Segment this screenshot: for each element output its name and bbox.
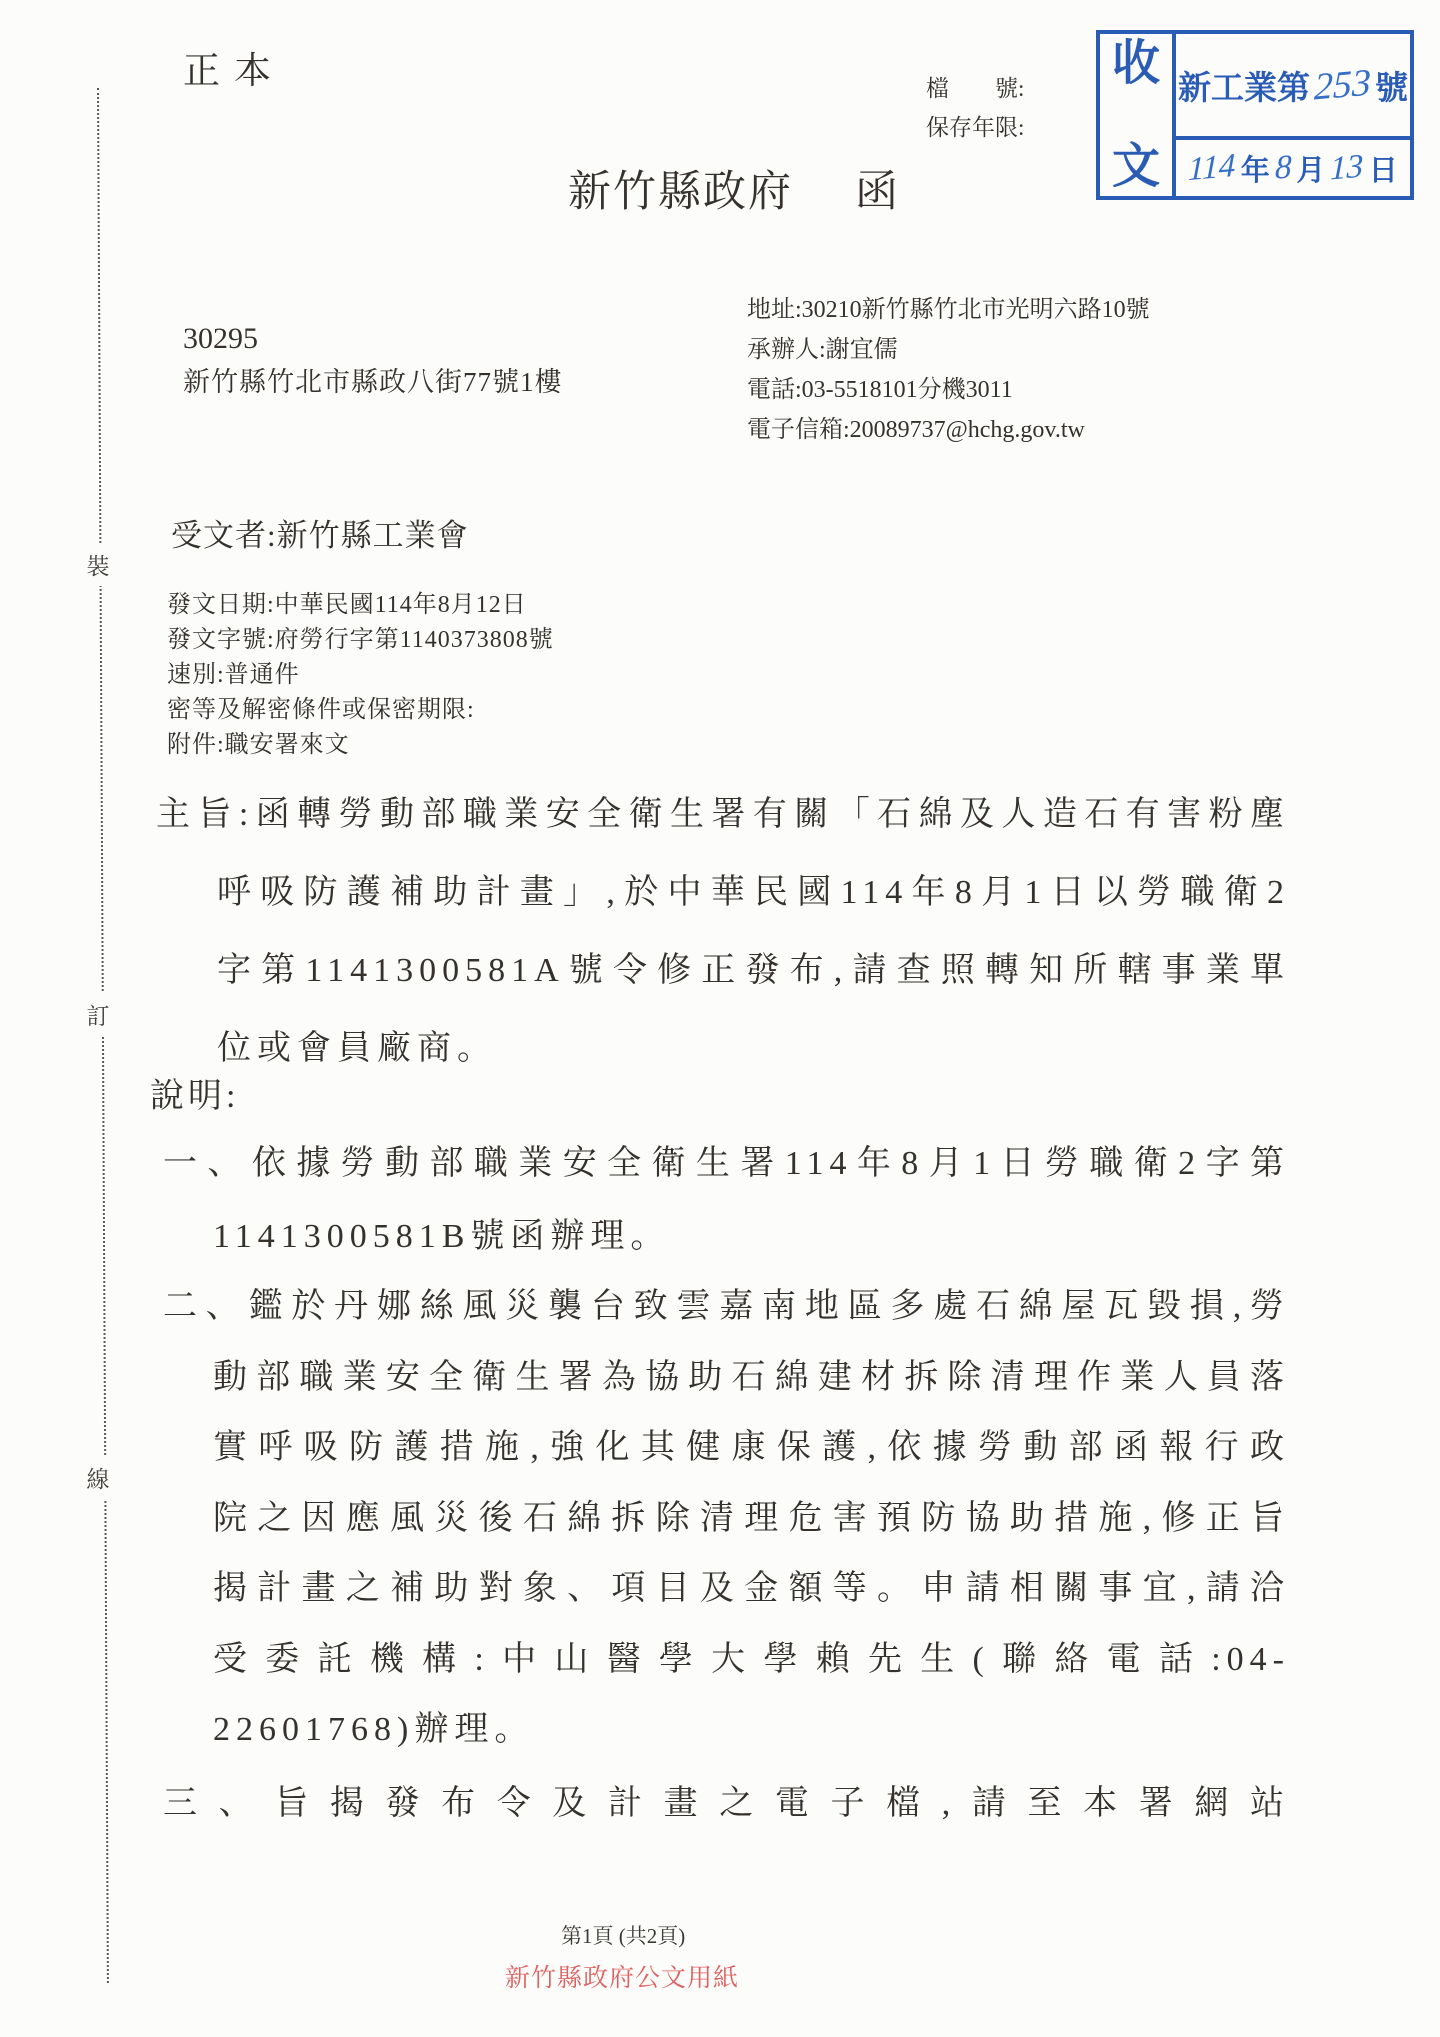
recipient-line: 受文者:新竹縣工業會: [171, 510, 469, 555]
stamp-case-number-handwritten: 253: [1314, 60, 1371, 109]
agency-contact-block: 地址:30210新竹縣竹北市光明六路10號 承辦人:謝宜儒 電話:03-5518…: [747, 290, 1150, 450]
page-number: 第1頁 (共2頁): [561, 1920, 685, 1950]
stamp-case-number-row: 新工業第 253 號: [1176, 34, 1410, 140]
item-line: 二、鑑於丹娜絲風災襲台致雲嘉南地區多處石綿屋瓦毀損,勞: [163, 1272, 1290, 1343]
issue-date: 發文日期:中華民國114年8月12日: [167, 588, 554, 623]
document-title: 新竹縣政府函: [568, 158, 900, 219]
stamp-month-char: 月: [1296, 148, 1325, 189]
item-line: 實呼吸防護措施,強化其健康保護,依據勞動部函報行政: [163, 1413, 1290, 1484]
explanation-item-1: 一、依據勞動部職業安全衛生署114年8月1日勞職衛2字第 1141300581B…: [163, 1127, 1290, 1273]
item-line: 一、依據勞動部職業安全衛生署114年8月1日勞職衛2字第: [163, 1127, 1290, 1200]
item-line: 22601768)辦理。: [163, 1695, 1290, 1766]
recipient-zip: 30295: [183, 322, 258, 356]
explanation-item-3: 三、旨揭發布令及計畫之電子檔,請至本署網站: [163, 1767, 1290, 1840]
file-number-label: 檔 號:: [926, 70, 1024, 103]
document-meta-block: 發文日期:中華民國114年8月12日 發文字號:府勞行字第1140373808號…: [167, 588, 554, 763]
item-line: 院之因應風災後石綿拆除清理危害預防協助措施,修正旨: [163, 1484, 1290, 1555]
contact-phone: 電話:03-5518101分機3011: [747, 370, 1150, 410]
subject-line: 呼吸防護補助計畫」,於中華民國114年8月1日以勞職衛2: [156, 854, 1290, 932]
stamp-case-prefix: 新工業第: [1178, 62, 1310, 109]
security-class: 密等及解密條件或保密期限:: [167, 693, 554, 728]
agency-address: 地址:30210新竹縣竹北市光明六路10號: [747, 290, 1150, 330]
item-line: 動部職業安全衛生署為協助石綿建材拆除清理作業人員落: [163, 1343, 1290, 1414]
stamp-date-row: 114 年 8 月 13 日: [1176, 140, 1410, 196]
retention-label: 保存年限:: [926, 109, 1024, 142]
item-line: 受委託機構:中山醫學大學賴先生(聯絡電話:04-: [163, 1625, 1290, 1696]
item-line: 1141300581B號函辦理。: [163, 1200, 1290, 1273]
item-line: 揭計畫之補助對象、項目及金額等。申請相關事宜,請洽: [163, 1554, 1290, 1625]
item-line: 三、旨揭發布令及計畫之電子檔,請至本署網站: [163, 1767, 1290, 1840]
subject-line: 主旨:函轉勞動部職業安全衛生署有關「石綿及人造石有害粉塵: [156, 776, 1290, 854]
paper-type-label: 新竹縣政府公文用紙: [505, 1958, 739, 1994]
speed-class: 速別:普通件: [167, 658, 554, 693]
explanation-item-2: 二、鑑於丹娜絲風災襲台致雲嘉南地區多處石綿屋瓦毀損,勞 動部職業安全衛生署為協助…: [163, 1272, 1290, 1766]
attachment-note: 附件:職安署來文: [167, 728, 554, 763]
binding-mark-ding: 訂: [84, 993, 112, 1036]
received-stamp: 收 文 新工業第 253 號 114 年 8 月 13 日: [1096, 30, 1414, 200]
document-type: 函: [855, 169, 900, 216]
subject-line: 位或會員廠商。: [156, 1010, 1290, 1088]
stamp-date-year-handwritten: 114: [1188, 147, 1236, 189]
binding-mark-zhuang: 裝: [84, 543, 112, 586]
stamp-date-day-handwritten: 13: [1330, 147, 1364, 188]
copy-type-label: 正本: [183, 40, 285, 94]
binding-mark-xian: 線: [84, 1456, 112, 1499]
stamp-received-char-bottom: 文: [1112, 141, 1160, 194]
stamp-date-month-handwritten: 8: [1274, 148, 1291, 188]
explanation-heading: 說明:: [150, 1068, 239, 1117]
stamp-day-char: 日: [1369, 148, 1398, 189]
stamp-case-suffix: 號: [1375, 62, 1408, 109]
stamp-right-column: 新工業第 253 號 114 年 8 月 13 日: [1176, 34, 1410, 196]
issuing-agency-name: 新竹縣政府: [568, 169, 793, 216]
subject-line: 字第1141300581A號令修正發布,請查照轉知所轄事業單: [156, 932, 1290, 1010]
recipient-mailing-address: 新竹縣竹北市縣政八街77號1樓: [183, 360, 563, 399]
contact-officer: 承辦人:謝宜儒: [747, 330, 1150, 370]
stamp-received-column: 收 文: [1100, 34, 1176, 196]
contact-email: 電子信箱:20089737@hchg.gov.tw: [747, 410, 1150, 450]
official-letter-page: 裝 訂 線 正本 檔 號: 保存年限: 收 文 新工業第 253 號 114 年…: [0, 0, 1440, 2037]
stamp-year-char: 年: [1241, 148, 1270, 189]
stamp-received-char-top: 收: [1112, 38, 1160, 91]
subject-paragraph: 主旨:函轉勞動部職業安全衛生署有關「石綿及人造石有害粉塵 呼吸防護補助計畫」,於…: [156, 776, 1290, 1088]
issue-number: 發文字號:府勞行字第1140373808號: [167, 623, 554, 658]
